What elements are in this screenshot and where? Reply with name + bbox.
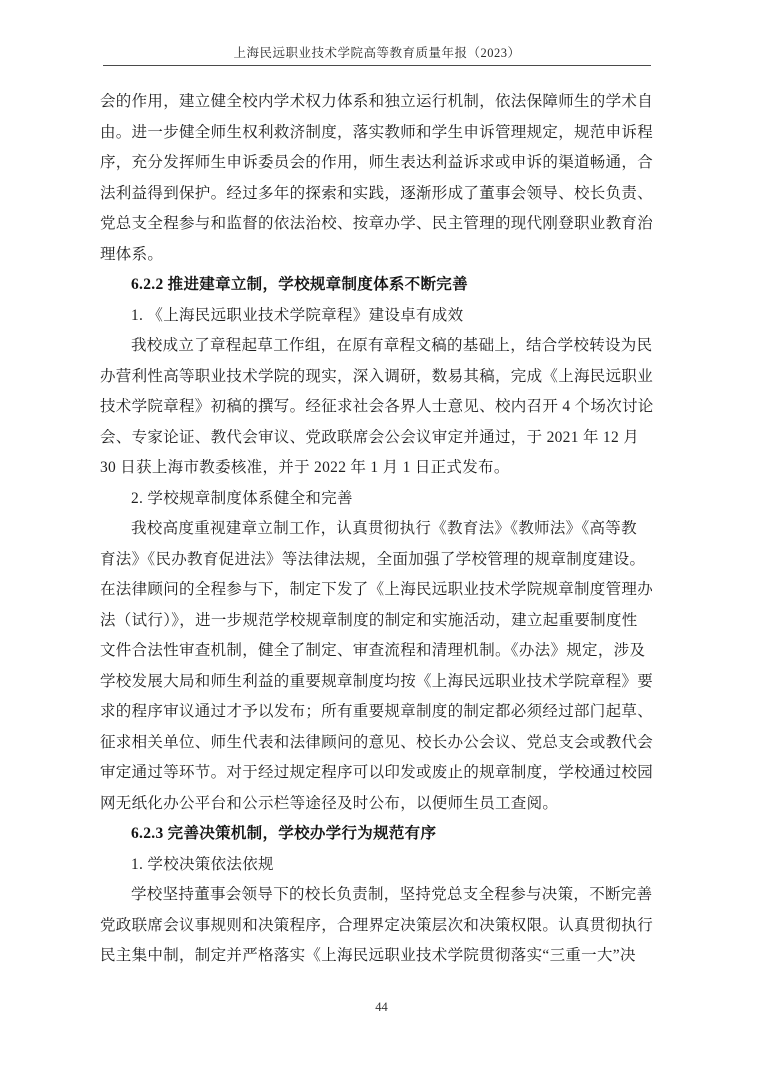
text-line: 学校发展大局和师生利益的重要规章制度均按《上海民远职业技术学院章程》要	[100, 667, 665, 698]
text-line: 序，充分发挥师生申诉委员会的作用，师生表达利益诉求或申诉的渠道畅通，合	[100, 148, 665, 179]
text-line: 文件合法性审查机制，健全了制定、审查流程和清理机制。《办法》规定，涉及	[100, 636, 665, 667]
text-line: 会、专家论证、教代会审议、党政联席会公会议审定并通过，于 2021 年 12 月	[100, 423, 665, 454]
text-line: 我校成立了章程起草工作组，在原有章程文稿的基础上，结合学校转设为民	[100, 331, 665, 362]
text-line: 党总支全程参与和监督的依法治校、按章办学、民主管理的现代刚登职业教育治	[100, 209, 665, 240]
list-item-decision: 1. 学校决策依法依规	[100, 850, 665, 881]
text-line: 法利益得到保护。经过多年的探索和实践，逐渐形成了董事会领导、校长负责、	[100, 179, 665, 210]
header-title: 上海民远职业技术学院高等教育质量年报（2023）	[103, 45, 651, 62]
text-line: 在法律顾问的全程参与下，制定下发了《上海民远职业技术学院规章制度管理办	[100, 575, 665, 606]
text-line: 网无纸化办公平台和公示栏等途径及时公布，以便师生员工查阅。	[100, 789, 665, 820]
text-line: 30 日获上海市教委核准，并于 2022 年 1 月 1 日正式发布。	[100, 453, 665, 484]
text-line: 学校坚持董事会领导下的校长负责制，坚持党总支全程参与决策，不断完善	[100, 880, 665, 911]
section-heading-6-2-3: 6.2.3 完善决策机制，学校办学行为规范有序	[100, 819, 665, 850]
text-line: 理体系。	[100, 240, 665, 271]
document-page: 上海民远职业技术学院高等教育质量年报（2023） 会的作用，建立健全校内学术权力…	[0, 0, 763, 1080]
text-line: 由。进一步健全师生权利救济制度，落实教师和学生申诉管理规定，规范申诉程	[100, 118, 665, 149]
text-line: 我校高度重视建章立制工作，认真贯彻执行《教育法》《教师法》《高等教	[100, 514, 665, 545]
text-line: 审定通过等环节。对于经过规定程序可以印发或废止的规章制度，学校通过校园	[100, 758, 665, 789]
list-item-charter: 1. 《上海民远职业技术学院章程》建设卓有成效	[100, 301, 665, 332]
text-line: 会的作用，建立健全校内学术权力体系和独立运行机制，依法保障师生的学术自	[100, 87, 665, 118]
text-line: 法（试行）》，进一步规范学校规章制度的制定和实施活动，建立起重要制度性	[100, 606, 665, 637]
text-line: 征求相关单位、师生代表和法律顾问的意见、校长办公会议、党总支会或教代会	[100, 728, 665, 759]
page-header: 上海民远职业技术学院高等教育质量年报（2023）	[103, 45, 651, 66]
page-footer: 44	[0, 998, 763, 1016]
document-body: 会的作用，建立健全校内学术权力体系和独立运行机制，依法保障师生的学术自 由。进一…	[100, 87, 665, 972]
text-line: 求的程序审议通过才予以发布；所有重要规章制度的制定都必须经过部门起草、	[100, 697, 665, 728]
text-line: 育法》《民办教育促进法》等法律法规，全面加强了学校管理的规章制度建设。	[100, 545, 665, 576]
page-number: 44	[375, 1000, 388, 1014]
list-item-rules: 2. 学校规章制度体系健全和完善	[100, 484, 665, 515]
text-line: 党政联席会议事规则和决策程序，合理界定决策层次和决策权限。认真贯彻执行	[100, 911, 665, 942]
text-line: 民主集中制，制定并严格落实《上海民远职业技术学院贯彻落实“三重一大”决	[100, 941, 665, 972]
section-heading-6-2-2: 6.2.2 推进建章立制，学校规章制度体系不断完善	[100, 270, 665, 301]
text-line: 技术学院章程》初稿的撰写。经征求社会各界人士意见、校内召开 4 个场次讨论	[100, 392, 665, 423]
text-line: 办营利性高等职业技术学院的现实，深入调研，数易其稿，完成《上海民远职业	[100, 362, 665, 393]
